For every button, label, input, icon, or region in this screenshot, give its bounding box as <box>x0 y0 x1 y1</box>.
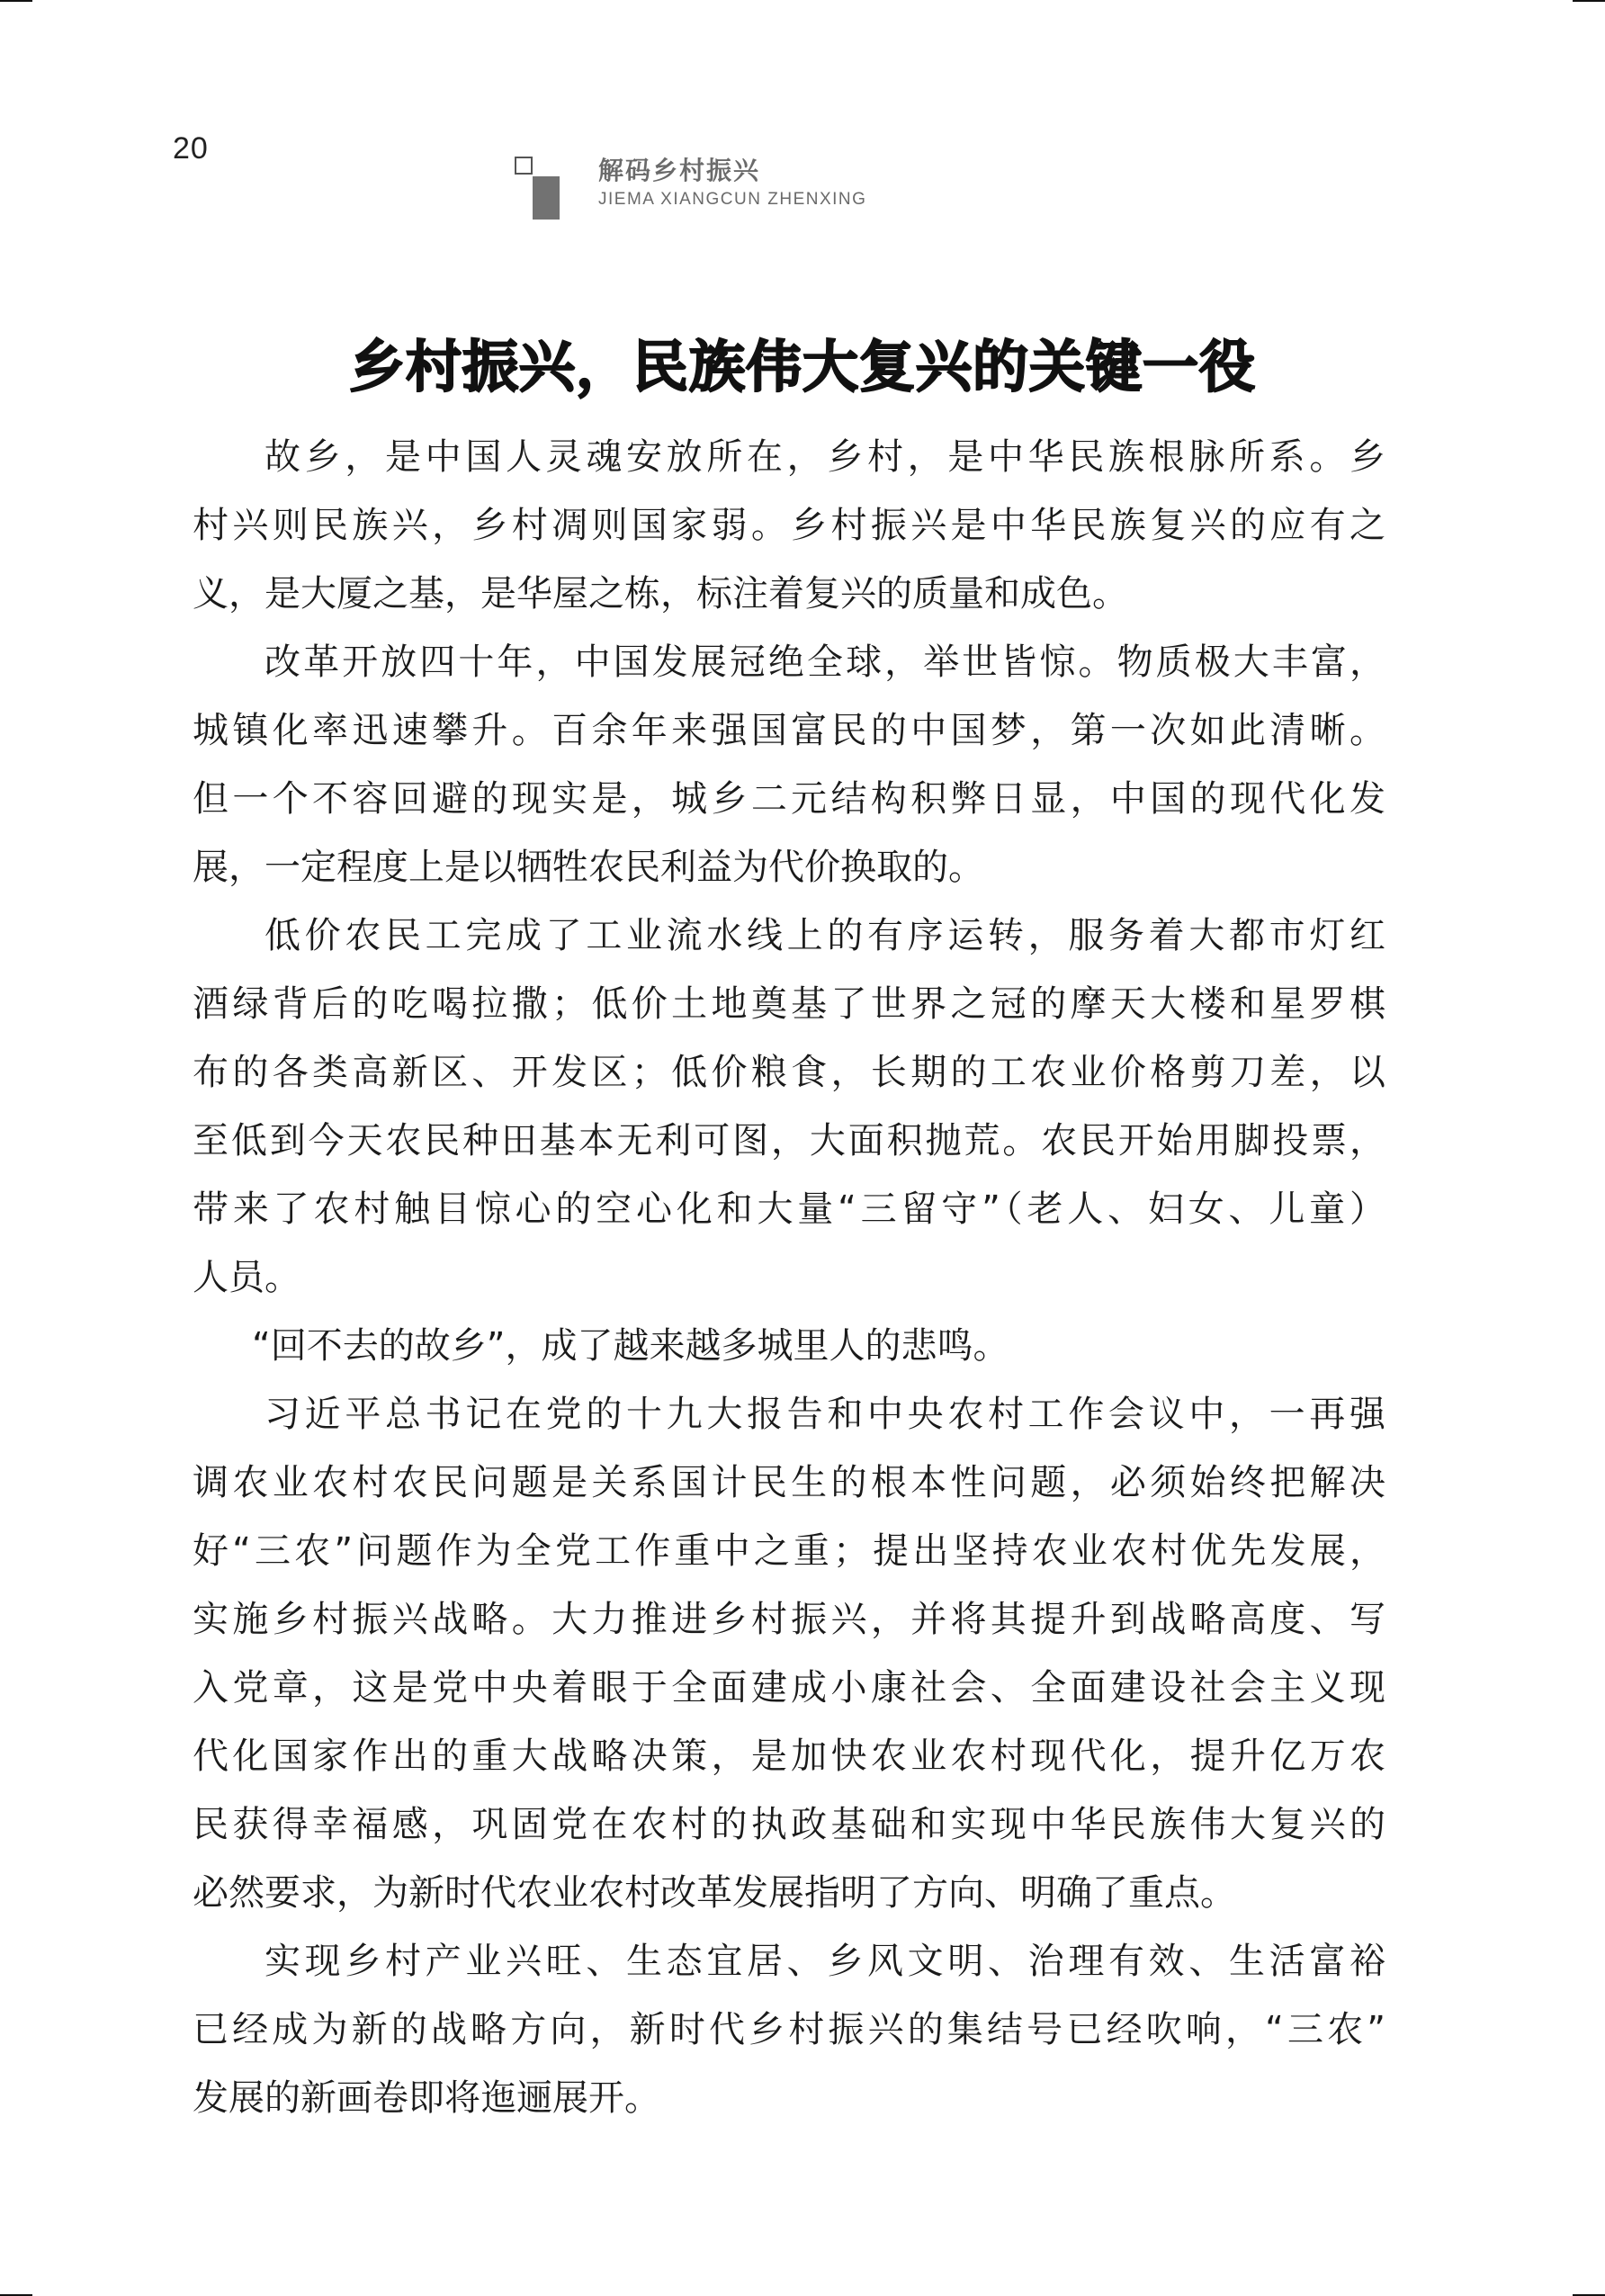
text-line: 代化国家作出的重大战略决策，是加快农业农村现代化，提升亿万农 <box>193 1722 1385 1790</box>
text-line: 必然要求，为新时代农业农村改革发展指明了方向、明确了重点。 <box>193 1859 1385 1927</box>
header-logo-outline-square-icon <box>515 157 533 175</box>
article-body: 故乡，是中国人灵魂安放所在，乡村，是中华民族根脉所系。乡 村兴则民族兴，乡村凋则… <box>193 423 1385 2132</box>
page-number: 20 <box>173 131 209 166</box>
text-line: 展，一定程度上是以牺牲农民利益为代价换取的。 <box>193 833 1385 901</box>
text-line: 发展的新画卷即将迤逦展开。 <box>193 2064 1385 2132</box>
text-line: 调农业农村农民问题是关系国计民生的根本性问题，必须始终把解决 <box>193 1448 1385 1517</box>
text-line: 故乡，是中国人灵魂安放所在，乡村，是中华民族根脉所系。乡 <box>193 423 1385 491</box>
text-line: 习近平总书记在党的十九大报告和中央农村工作会议中，一再强 <box>193 1380 1385 1448</box>
text-line: 已经成为新的战略方向，新时代乡村振兴的集结号已经吹响，“三农” <box>193 1996 1385 2064</box>
text-line: “回不去的故乡”，成了越来越多城里人的悲鸣。 <box>193 1312 1385 1380</box>
text-line: 城镇化率迅速攀升。百余年来强国富民的中国梦，第一次如此清晰。 <box>193 696 1385 765</box>
text-line: 好“三农”问题作为全党工作重中之重；提出坚持农业农村优先发展， <box>193 1517 1385 1585</box>
text-line: 但一个不容回避的现实是，城乡二元结构积弊日显，中国的现代化发 <box>193 765 1385 833</box>
text-line: 义，是大厦之基，是华屋之栋，标注着复兴的质量和成色。 <box>193 560 1385 628</box>
text-line: 村兴则民族兴，乡村凋则国家弱。乡村振兴是中华民族复兴的应有之 <box>193 491 1385 560</box>
text-line: 入党章，这是党中央着眼于全面建成小康社会、全面建设社会主义现 <box>193 1654 1385 1722</box>
text-line: 酒绿背后的吃喝拉撒；低价土地奠基了世界之冠的摩天大楼和星罗棋 <box>193 970 1385 1038</box>
header-logo-filled-block-icon <box>533 176 560 220</box>
header-book-subtitle: JIEMA XIANGCUN ZHENXING <box>598 190 866 210</box>
text-line: 带来了农村触目惊心的空心化和大量“三留守”（老人、妇女、儿童） <box>193 1175 1385 1243</box>
text-line: 至低到今天农民种田基本无利可图，大面积抛荒。农民开始用脚投票， <box>193 1107 1385 1175</box>
text-line: 人员。 <box>193 1243 1385 1312</box>
text-line: 改革开放四十年，中国发展冠绝全球，举世皆惊。物质极大丰富， <box>193 628 1385 696</box>
text-line: 实现乡村产业兴旺、生态宜居、乡风文明、治理有效、生活富裕 <box>193 1927 1385 1996</box>
text-line: 民获得幸福感，巩固党在农村的执政基础和实现中华民族伟大复兴的 <box>193 1790 1385 1859</box>
crop-mark-top-right <box>1573 0 1605 2</box>
article-title: 乡村振兴，民族伟大复兴的关键一役 <box>0 322 1605 402</box>
text-line: 布的各类高新区、开发区；低价粮食，长期的工农业价格剪刀差，以 <box>193 1038 1385 1107</box>
text-line: 实施乡村振兴战略。大力推进乡村振兴，并将其提升到战略高度、写 <box>193 1585 1385 1654</box>
crop-mark-top-left <box>0 0 32 2</box>
header-book-title: 解码乡村振兴 <box>598 151 760 187</box>
text-line: 低价农民工完成了工业流水线上的有序运转，服务着大都市灯红 <box>193 901 1385 970</box>
